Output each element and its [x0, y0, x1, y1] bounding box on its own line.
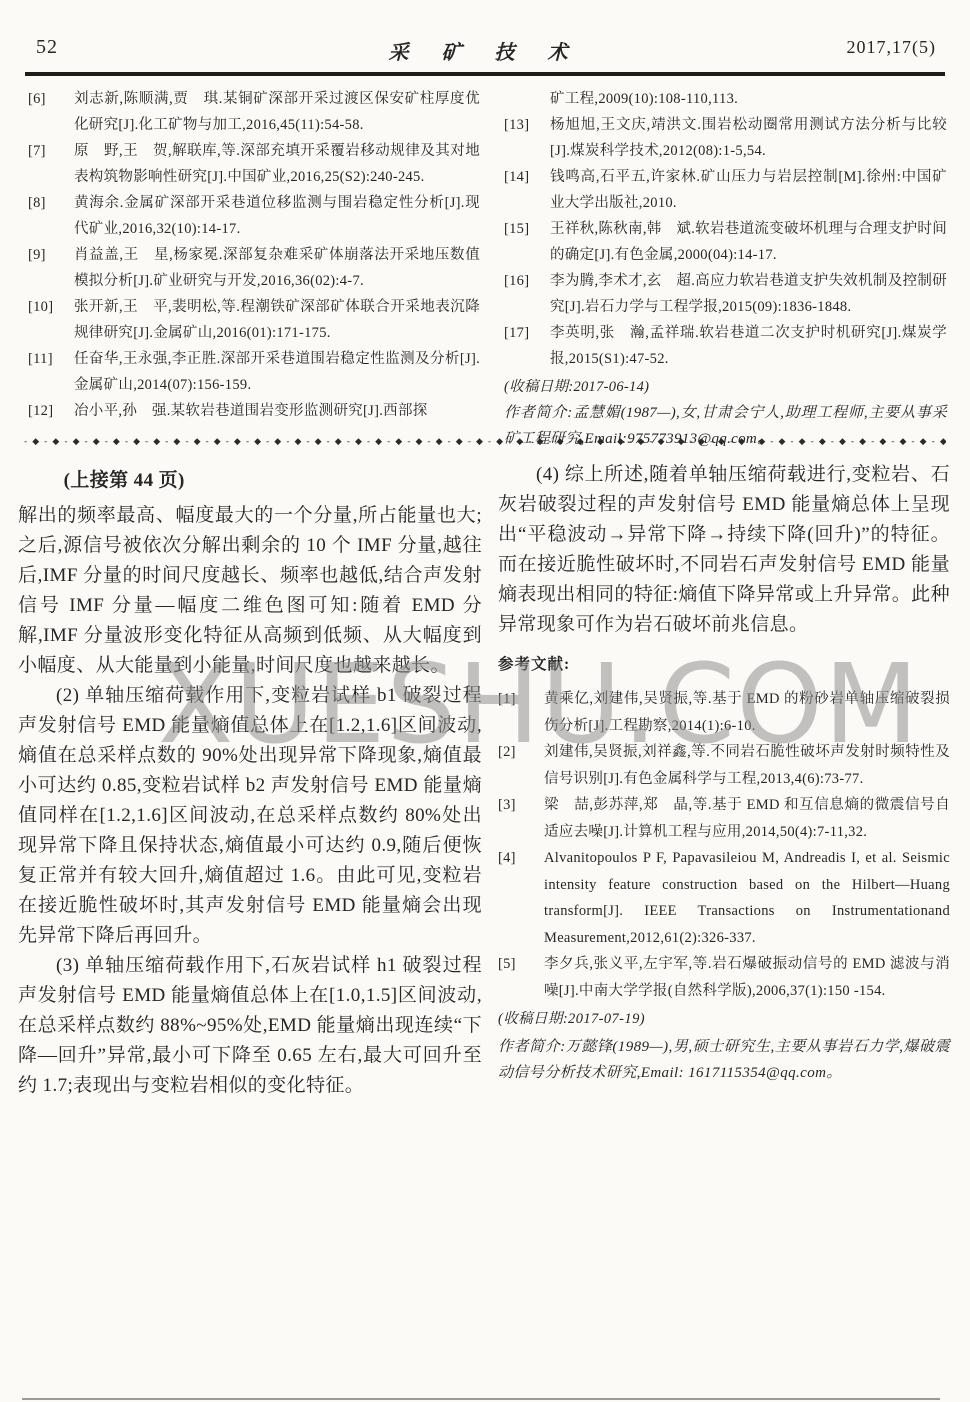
reference-text: 黄海余.金属矿深部开采巷道位移监测与围岩稳定性分析[J].现代矿业,2016,3…	[74, 195, 480, 237]
reference-item: [14] 钱鸣高,石平五,许家林.矿山压力与岩层控制[M].徐州:中国矿业大学出…	[504, 164, 947, 216]
reference-text: 肖益盖,王 星,杨家冕.深部复杂难采矿体崩落法开采地压数值模拟分析[J].矿业研…	[74, 247, 480, 289]
header-rule	[25, 72, 945, 76]
journal-page: 52 采 矿 技 术 2017,17(5) [6] 刘志新,陈顺满,贾 琪.某铜…	[0, 0, 970, 1402]
top-references-right-column: 矿工程,2009(10):108-110,113. [13] 杨旭旭,王文庆,靖…	[504, 86, 947, 452]
reference-number: [16]	[504, 268, 529, 294]
reference-item: [6] 刘志新,陈顺满,贾 琪.某铜矿深部开采过渡区保安矿柱厚度优化研究[J].…	[28, 86, 480, 138]
reference-number: [7]	[28, 138, 46, 164]
reference-number: [15]	[504, 216, 529, 242]
reference-number: [17]	[504, 320, 529, 346]
reference-item: [9] 肖益盖,王 星,杨家冕.深部复杂难采矿体崩落法开采地压数值模拟分析[J]…	[28, 242, 480, 294]
journal-title: 采 矿 技 术	[0, 36, 970, 65]
reference-text: 任奋华,王永强,李正胜.深部开采巷道围岩稳定性监测及分析[J].金属矿山,201…	[74, 351, 480, 393]
body-paragraph: (3) 单轴压缩荷载作用下,石灰岩试样 h1 破裂过程声发射信号 EMD 能量熵…	[18, 951, 482, 1101]
top-references-left-column: [6] 刘志新,陈顺满,贾 琪.某铜矿深部开采过渡区保安矿柱厚度优化研究[J].…	[28, 86, 480, 424]
reference-item: [16] 李为腾,李术才,玄 超.高应力软岩巷道支护失效机制及控制研究[J].岩…	[504, 268, 947, 320]
author-bio: 作者简介:万懿锋(1989—),男,硕士研究生,主要从事岩石力学,爆破震动信号分…	[498, 1034, 950, 1086]
received-date: (收稿日期:2017-07-19)	[498, 1006, 950, 1032]
reference-number: [9]	[28, 242, 46, 268]
reference-item: [15] 王祥秋,陈秋南,韩 斌.软岩巷道流变破坏机理与合理支护时间的确定[J]…	[504, 216, 947, 268]
reference-item: [2] 刘建伟,吴贤振,刘祥鑫,等.不同岩石脆性破坏声发射时频特性及信号识别[J…	[498, 739, 950, 792]
reference-item: [3] 梁 喆,彭苏萍,郑 晶,等.基于 EMD 和互信息熵的微震信号自适应去噪…	[498, 792, 950, 845]
reference-item: [5] 李夕兵,张义平,左宇军,等.岩石爆破振动信号的 EMD 滤波与消噪[J]…	[498, 951, 950, 1004]
issue-label: 2017,17(5)	[847, 37, 937, 58]
reference-text: 矿工程,2009(10):108-110,113.	[550, 91, 738, 107]
reference-text: 李夕兵,张义平,左宇军,等.岩石爆破振动信号的 EMD 滤波与消噪[J].中南大…	[544, 956, 950, 999]
reference-item: [1] 黄乘亿,刘建伟,吴贤振,等.基于 EMD 的粉砂岩单轴压缩破裂损伤分析[…	[498, 686, 950, 739]
reference-item: [11] 任奋华,王永强,李正胜.深部开采巷道围岩稳定性监测及分析[J].金属矿…	[28, 346, 480, 398]
reference-item: [17] 李英明,张 瀚,孟祥瑞.软岩巷道二次支护时机研究[J].煤炭学报,20…	[504, 320, 947, 372]
body-paragraph: (2) 单轴压缩荷载作用下,变粒岩试样 b1 破裂过程声发射信号 EMD 能量熵…	[18, 681, 482, 951]
reference-text: 冶小平,孙 强.某软岩巷道围岩变形监测研究[J].西部探	[74, 403, 428, 419]
reference-text: 刘建伟,吴贤振,刘祥鑫,等.不同岩石脆性破坏声发射时频特性及信号识别[J].有色…	[544, 744, 950, 787]
reference-number: [4]	[498, 845, 516, 872]
reference-item: [13] 杨旭旭,王文庆,靖洪文.围岩松动圈常用测试方法分析与比较[J].煤炭科…	[504, 112, 947, 164]
body-paragraph: 解出的频率最高、幅度最大的一个分量,所占能量也大;之后,源信号被依次分解出剩余的…	[18, 501, 482, 681]
reference-item: [7] 原 野,王 贺,解联库,等.深部充填开采覆岩移动规律及其对地表构筑物影响…	[28, 138, 480, 190]
reference-text: Alvanitopoulos P F, Papavasileiou M, And…	[544, 850, 950, 946]
reference-number: [1]	[498, 686, 516, 713]
reference-text: 李英明,张 瀚,孟祥瑞.软岩巷道二次支护时机研究[J].煤炭学报,2015(S1…	[550, 325, 947, 367]
reference-number: [11]	[28, 346, 53, 372]
body-left-column: (上接第 44 页) 解出的频率最高、幅度最大的一个分量,所占能量也大;之后,源…	[18, 466, 482, 1101]
reference-item: [12] 冶小平,孙 强.某软岩巷道围岩变形监测研究[J].西部探	[28, 398, 480, 424]
reference-text: 黄乘亿,刘建伟,吴贤振,等.基于 EMD 的粉砂岩单轴压缩破裂损伤分析[J].工…	[544, 691, 950, 734]
reference-text: 钱鸣高,石平五,许家林.矿山压力与岩层控制[M].徐州:中国矿业大学出版社,20…	[550, 169, 947, 211]
reference-number: [10]	[28, 294, 53, 320]
reference-number: [3]	[498, 792, 516, 819]
body-paragraph: (4) 综上所述,随着单轴压缩荷载进行,变粒岩、石灰岩破裂过程的声发射信号 EM…	[498, 460, 950, 640]
reference-text: 梁 喆,彭苏萍,郑 晶,等.基于 EMD 和互信息熵的微震信号自适应去噪[J].…	[544, 797, 950, 840]
scan-edge-artifact	[22, 1398, 940, 1400]
reference-number: [6]	[28, 86, 46, 112]
section-divider: -◆-◆-◆-◆-◆-◆-◆-◆-◆-◆-◆-◆-◆-◆-◆-◆-◆-◆-◆-◆…	[24, 437, 946, 451]
reference-continuation: 矿工程,2009(10):108-110,113.	[504, 86, 947, 112]
reference-number: [2]	[498, 739, 516, 766]
body-right-column: (4) 综上所述,随着单轴压缩荷载进行,变粒岩、石灰岩破裂过程的声发射信号 EM…	[498, 460, 950, 1086]
reference-text: 刘志新,陈顺满,贾 琪.某铜矿深部开采过渡区保安矿柱厚度优化研究[J].化工矿物…	[74, 91, 480, 133]
bottom-references-list: [1] 黄乘亿,刘建伟,吴贤振,等.基于 EMD 的粉砂岩单轴压缩破裂损伤分析[…	[498, 686, 950, 1004]
reference-number: [14]	[504, 164, 529, 190]
reference-item: [10] 张开新,王 平,裴明松,等.程潮铁矿深部矿体联合开采地表沉降规律研究[…	[28, 294, 480, 346]
reference-number: [8]	[28, 190, 46, 216]
reference-text: 李为腾,李术才,玄 超.高应力软岩巷道支护失效机制及控制研究[J].岩石力学与工…	[550, 273, 947, 315]
reference-text: 杨旭旭,王文庆,靖洪文.围岩松动圈常用测试方法分析与比较[J].煤炭科学技术,2…	[550, 117, 947, 159]
reference-number: [5]	[498, 951, 516, 978]
reference-text: 原 野,王 贺,解联库,等.深部充填开采覆岩移动规律及其对地表构筑物影响性研究[…	[74, 143, 480, 185]
reference-item: [8] 黄海余.金属矿深部开采巷道位移监测与围岩稳定性分析[J].现代矿业,20…	[28, 190, 480, 242]
continued-from-note: (上接第 44 页)	[18, 466, 482, 496]
reference-text: 王祥秋,陈秋南,韩 斌.软岩巷道流变破坏机理与合理支护时间的确定[J].有色金属…	[550, 221, 947, 263]
reference-number: [12]	[28, 398, 53, 424]
reference-item: [4] Alvanitopoulos P F, Papavasileiou M,…	[498, 845, 950, 951]
reference-text: 张开新,王 平,裴明松,等.程潮铁矿深部矿体联合开采地表沉降规律研究[J].金属…	[74, 299, 480, 341]
reference-number: [13]	[504, 112, 529, 138]
references-heading: 参考文献:	[498, 650, 950, 680]
received-date: (收稿日期:2017-06-14)	[504, 374, 947, 400]
